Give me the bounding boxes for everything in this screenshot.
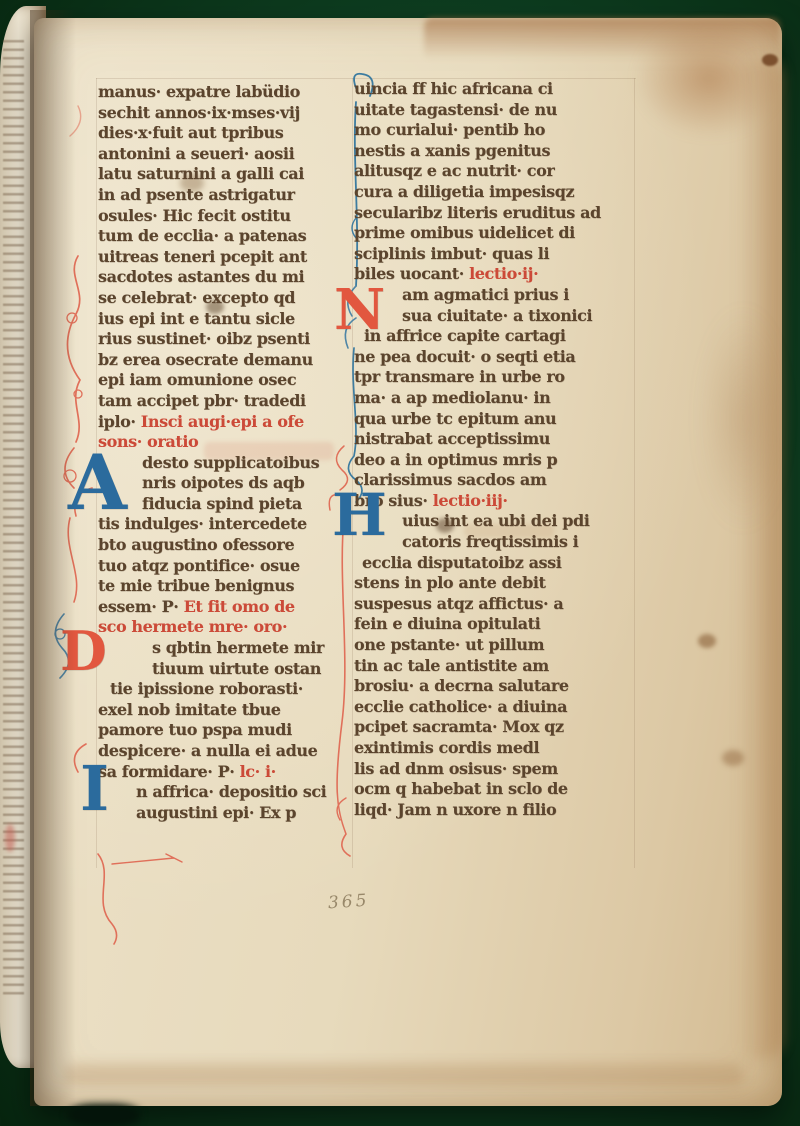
manuscript-line: manus· expatre labüdio <box>98 82 350 103</box>
manuscript-line: latu saturnini a galli cai <box>98 164 350 185</box>
body-text: sechit annos·ix·mses·vij <box>98 103 300 122</box>
red-flourish <box>67 256 80 442</box>
body-text: lis ad dnm osisus· spem <box>354 759 558 778</box>
body-text: prime omibus uidelicet di <box>354 223 575 242</box>
body-text: s qbtin hermete mir <box>152 638 324 657</box>
body-text: exel nob imitate tbue <box>98 700 281 719</box>
manuscript-line: ma· a ap mediolanu· in <box>354 388 646 409</box>
decorated-initial-I: I <box>80 762 109 817</box>
parchment-stain <box>424 18 780 60</box>
manuscript-line: ne pea docuit· o seqti etia <box>354 347 646 368</box>
body-text: catoris freqtissimis i <box>402 532 578 551</box>
body-text: exintimis cordis medl <box>354 738 539 757</box>
body-text: uincia ff hic africana ci <box>354 79 553 98</box>
manuscript-line: sons· oratio <box>98 432 350 453</box>
red-stroke <box>112 854 182 864</box>
manuscript-line: iplo· Insci augi·epi a ofe <box>98 412 350 433</box>
manuscript-line: osules· Hic fecit ostitu <box>98 206 350 227</box>
body-text: bz erea osecrate demanu <box>98 350 313 369</box>
parchment-stain <box>634 18 784 138</box>
body-text: one pstante· ut pillum <box>354 635 544 654</box>
body-text: ma· a ap mediolanu· in <box>354 388 550 407</box>
manuscript-line: dies·x·fuit aut tpribus <box>98 123 350 144</box>
manuscript-line: alitusqz e ac nutrit· cor <box>354 161 646 182</box>
manuscript-line: tuo atqz pontifice· osue <box>98 556 350 577</box>
body-text: ecclia disputatoibz assi <box>362 553 561 572</box>
manuscript-line: uincia ff hic africana ci <box>354 79 646 100</box>
body-text: uitate tagastensi· de nu <box>354 100 557 119</box>
body-text: liqd· Jam n uxore n filio <box>354 800 556 819</box>
body-text: tuo atqz pontifice· osue <box>98 556 300 575</box>
manuscript-line: sciplinis imbut· quas li <box>354 244 646 265</box>
body-text: tiuum uirtute ostan <box>152 659 321 678</box>
body-text: augustini epi· Ex p <box>136 803 296 822</box>
body-text: stens in plo ante debit <box>354 573 546 592</box>
body-text: ius epi int e tantu sicle <box>98 309 295 328</box>
manuscript-line: biles uocant· lectio·ij· <box>354 264 646 285</box>
parchment-stain <box>722 750 744 766</box>
photograph-of-manuscript: manus· expatre labüdiosechit annos·ix·ms… <box>0 0 800 1126</box>
rubric-text: sco hermete mre· oro· <box>98 617 287 636</box>
body-text: antonini a seueri· aosii <box>98 144 294 163</box>
manuscript-line: ocm q habebat in sclo de <box>354 779 646 800</box>
body-text: mo curialui· pentib ho <box>354 120 545 139</box>
manuscript-line: sa formidare· P· lc· i· <box>98 762 350 783</box>
body-text: essem· P· <box>98 597 184 616</box>
manuscript-line: cura a diligetia impesisqz <box>354 182 646 203</box>
manuscript-line: prime omibus uidelicet di <box>354 223 646 244</box>
body-text: tis indulges· intercedete <box>98 514 307 533</box>
parchment-stain <box>738 58 784 1058</box>
body-text: pcipet sacramta· Mox qz <box>354 717 564 736</box>
body-text: se celebrat· excepto qd <box>98 288 295 307</box>
body-text: secularibz literis eruditus ad <box>354 203 601 222</box>
manuscript-page: manus· expatre labüdiosechit annos·ix·ms… <box>34 18 782 1106</box>
manuscript-line: catoris freqtissimis i <box>354 532 646 553</box>
body-text: sa formidare· P· <box>98 762 240 781</box>
red-spiral <box>67 313 77 323</box>
rubric-text: lectio·iij· <box>433 491 508 510</box>
body-text: tum de ecclia· a patenas <box>98 226 306 245</box>
body-text: uius int ea ubi dei pdi <box>402 511 589 530</box>
body-text: rius sustinet· oibz psenti <box>98 329 310 348</box>
manuscript-line: uitreas teneri pcepit ant <box>98 247 350 268</box>
body-text: fein e diuina opitulati <box>354 614 540 633</box>
manuscript-line: brosiu· a decrna salutare <box>354 676 646 697</box>
body-text: sua ciuitate· a tixonici <box>402 306 592 325</box>
backdrop-shadow <box>68 1104 140 1126</box>
body-text: deo a in optimus mris p <box>354 450 557 469</box>
manuscript-line: s qbtin hermete mir <box>98 638 350 659</box>
showthrough-text-marks <box>3 40 24 1000</box>
manuscript-line: suspesus atqz affictus· a <box>354 594 646 615</box>
parchment-stain <box>64 1064 744 1086</box>
manuscript-line: n affrica· depositio sci <box>98 782 350 803</box>
manuscript-line: fiducia spind pieta <box>98 494 350 515</box>
manuscript-line: despicere· a nulla ei adue <box>98 741 350 762</box>
manuscript-line: qua urbe tc epitum anu <box>354 409 646 430</box>
manuscript-line: am agmatici prius i <box>354 285 646 306</box>
manuscript-line: bto augustino ofessore <box>98 535 350 556</box>
ruling-line <box>352 78 353 868</box>
right-column: uincia ff hic africana ciuitate tagasten… <box>354 79 646 820</box>
body-text: ne pea docuit· o seqti etia <box>354 347 575 366</box>
manuscript-line: uius int ea ubi dei pdi <box>354 511 646 532</box>
body-text: alitusqz e ac nutrit· cor <box>354 161 554 180</box>
body-text: am agmatici prius i <box>402 285 569 304</box>
manuscript-line: sua ciuitate· a tixonici <box>354 306 646 327</box>
folio-number: 365 <box>327 891 370 914</box>
manuscript-line: nistrabat acceptissimu <box>354 429 646 450</box>
manuscript-line: in affrice capite cartagi <box>354 326 646 347</box>
body-text: osules· Hic fecit ostitu <box>98 206 291 225</box>
manuscript-line: ecclia disputatoibz assi <box>354 553 646 574</box>
manuscript-line: stens in plo ante debit <box>354 573 646 594</box>
decorated-initial-N: N <box>334 286 385 335</box>
manuscript-line: epi iam omunione osec <box>98 370 350 391</box>
decorated-initial-D: D <box>60 628 107 676</box>
manuscript-line: essem· P· Et fit omo de <box>98 597 350 618</box>
manuscript-line: nestis a xanis pgenitus <box>354 141 646 162</box>
parchment-stain <box>702 308 784 528</box>
manuscript-line: deo a in optimus mris p <box>354 450 646 471</box>
body-text: brosiu· a decrna salutare <box>354 676 569 695</box>
body-text: tam accipet pbr· tradedi <box>98 391 306 410</box>
manuscript-line: sco hermete mre· oro· <box>98 617 350 638</box>
manuscript-line: rius sustinet· oibz psenti <box>98 329 350 350</box>
body-text: in ad psente astrigatur <box>98 185 295 204</box>
decorated-initial-A: A <box>68 450 127 517</box>
body-text: tin ac tale antistite am <box>354 656 549 675</box>
manuscript-line: tiuum uirtute ostan <box>98 659 350 680</box>
manuscript-line: se celebrat· excepto qd <box>98 288 350 309</box>
manuscript-line: te mie tribue benignus <box>98 576 350 597</box>
rubric-text: Insci augi·epi a ofe <box>141 412 304 431</box>
manuscript-line: lis ad dnm osisus· spem <box>354 759 646 780</box>
body-text: tie ipissione roborasti· <box>110 679 303 698</box>
body-text: sciplinis imbut· quas li <box>354 244 549 263</box>
manuscript-line: ecclie catholice· a diuina <box>354 697 646 718</box>
manuscript-line: augustini epi· Ex p <box>98 803 350 824</box>
manuscript-line: tie ipissione roborasti· <box>98 679 350 700</box>
body-text: fiducia spind pieta <box>142 494 302 513</box>
body-text: nistrabat acceptissimu <box>354 429 550 448</box>
decorated-initial-H: H <box>332 490 387 541</box>
body-text: latu saturnini a galli cai <box>98 164 304 183</box>
manuscript-line: bz erea osecrate demanu <box>98 350 350 371</box>
body-text: qua urbe tc epitum anu <box>354 409 556 428</box>
manuscript-line: desto supplicatoibus <box>98 453 350 474</box>
manuscript-line: exintimis cordis medl <box>354 738 646 759</box>
left-column: manus· expatre labüdiosechit annos·ix·ms… <box>98 82 350 823</box>
manuscript-line: one pstante· ut pillum <box>354 635 646 656</box>
red-ink-smudge <box>5 824 15 852</box>
manuscript-line: uitate tagastensi· de nu <box>354 100 646 121</box>
body-text: in affrice capite cartagi <box>364 326 566 345</box>
body-text: te mie tribue benignus <box>98 576 294 595</box>
red-tail-flourish <box>98 854 117 944</box>
body-text: suspesus atqz affictus· a <box>354 594 563 613</box>
parchment-stain <box>698 634 716 648</box>
rubric-text: lectio·ij· <box>469 264 538 283</box>
body-text: uitreas teneri pcepit ant <box>98 247 307 266</box>
manuscript-line: liqd· Jam n uxore n filio <box>354 800 646 821</box>
body-text: pamore tuo pspa mudi <box>98 720 292 739</box>
manuscript-line: tam accipet pbr· tradedi <box>98 391 350 412</box>
manuscript-line: nris oipotes ds aqb <box>98 473 350 494</box>
manuscript-line: bro sius· lectio·iij· <box>354 491 646 512</box>
body-text: cura a diligetia impesisqz <box>354 182 574 201</box>
manuscript-line: mo curialui· pentib ho <box>354 120 646 141</box>
manuscript-line: sacdotes astantes du mi <box>98 267 350 288</box>
parchment-stain <box>762 54 778 66</box>
manuscript-line: sechit annos·ix·mses·vij <box>98 103 350 124</box>
manuscript-line: tis indulges· intercedete <box>98 514 350 535</box>
body-text: despicere· a nulla ei adue <box>98 741 317 760</box>
rubric-text: Et fit omo de <box>184 597 295 616</box>
body-text: sacdotes astantes du mi <box>98 267 304 286</box>
manuscript-line: fein e diuina opitulati <box>354 614 646 635</box>
body-text: n affrica· depositio sci <box>136 782 326 801</box>
body-text: tpr transmare in urbe ro <box>354 367 565 386</box>
manuscript-line: ius epi int e tantu sicle <box>98 309 350 330</box>
body-text: epi iam omunione osec <box>98 370 296 389</box>
manuscript-line: tpr transmare in urbe ro <box>354 367 646 388</box>
manuscript-line: secularibz literis eruditus ad <box>354 203 646 224</box>
body-text: bto augustino ofessore <box>98 535 294 554</box>
manuscript-line: tin ac tale antistite am <box>354 656 646 677</box>
body-text: ocm q habebat in sclo de <box>354 779 568 798</box>
body-text: manus· expatre labüdio <box>98 82 300 101</box>
manuscript-line: in ad psente astrigatur <box>98 185 350 206</box>
rubric-text: lc· i· <box>240 762 276 781</box>
manuscript-line: pcipet sacramta· Mox qz <box>354 717 646 738</box>
manuscript-line: clarissimus sacdos am <box>354 470 646 491</box>
manuscript-line: antonini a seueri· aosii <box>98 144 350 165</box>
body-text: nestis a xanis pgenitus <box>354 141 550 160</box>
red-flourish <box>70 106 81 136</box>
body-text: desto supplicatoibus <box>142 453 319 472</box>
red-spiral <box>74 390 82 398</box>
manuscript-line: tum de ecclia· a patenas <box>98 226 350 247</box>
body-text: iplo· <box>98 412 141 431</box>
manuscript-line: pamore tuo pspa mudi <box>98 720 350 741</box>
body-text: dies·x·fuit aut tpribus <box>98 123 283 142</box>
body-text: ecclie catholice· a diuina <box>354 697 567 716</box>
manuscript-line: exel nob imitate tbue <box>98 700 350 721</box>
body-text: nris oipotes ds aqb <box>142 473 304 492</box>
